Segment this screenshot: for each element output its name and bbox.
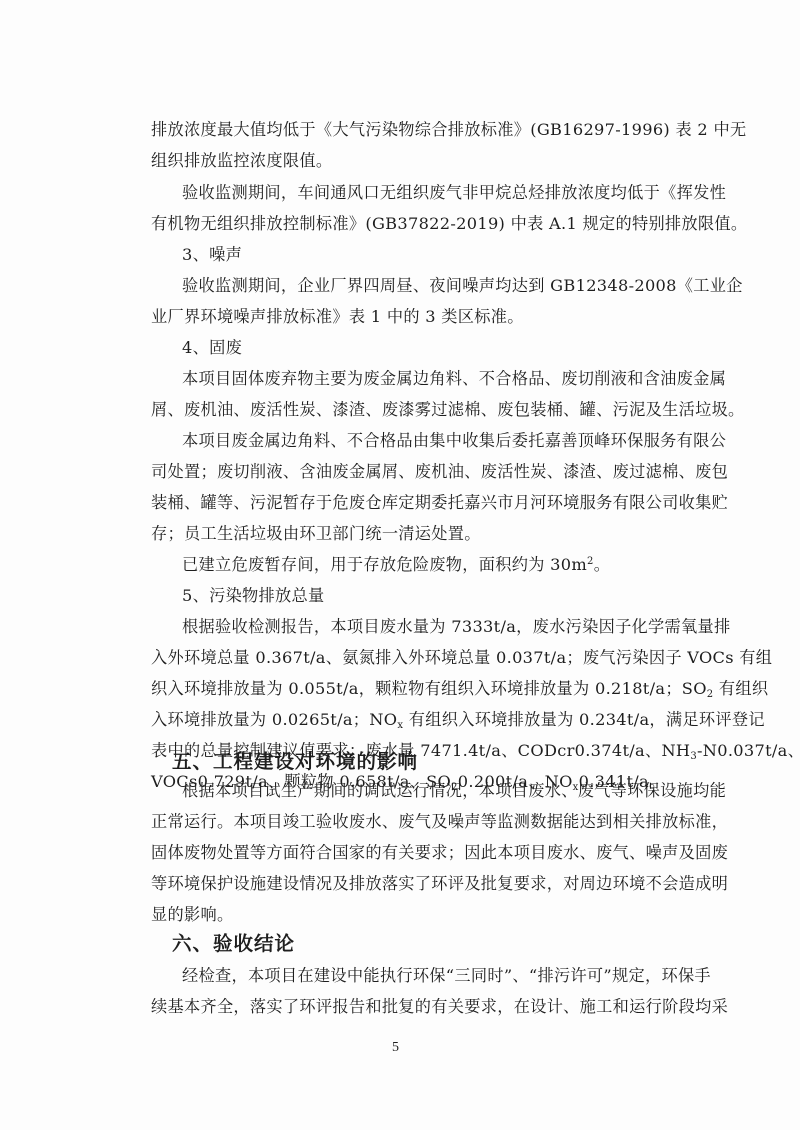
text-line: 本项目废金属边角料、不合格品由集中收集后委托嘉善顶峰环保服务有限公 [182,431,687,451]
text-line: VOCs0.729t/a、颗粒物 0.658t/a、SO20.200t/a、NO… [151,772,687,792]
document-page: 排放浓度最大值均低于《大气污染物综合排放标准》(GB16297-1996) 表 … [0,0,800,1130]
section-heading-environmental-impact: 五、工程建设对环境的影响 [172,750,418,774]
text-line: 织入环境排放量为 0.055t/a，颗粒物有组织入环境排放量为 0.218t/a… [151,679,687,699]
text-line: 验收监测期间，车间通风口无组织废气非甲烷总烃排放浓度均低于《挥发性 [182,183,687,203]
subheading-solid-waste: 4、固废 [182,338,687,358]
text-line: 业厂界环境噪声排放标准》表 1 中的 3 类区标准。 [151,307,687,327]
subheading-noise: 3、噪声 [182,245,687,265]
text-line: 组织排放监控浓度限值。 [151,151,687,171]
subheading-total-emissions: 5、污染物排放总量 [182,586,687,606]
text-line: 本项目固体废弃物主要为废金属边角料、不合格品、废切削液和含油废金属 [182,369,687,389]
text-line: 根据验收检测报告，本项目废水量为 7333t/a，废水污染因子化学需氧量排 [182,617,687,637]
text-line: 装桶、罐等、污泥暂存于危废仓库定期委托嘉兴市月河环境服务有限公司收集贮 [151,493,687,513]
text-line: 存；员工生活垃圾由环卫部门统一清运处置。 [151,524,687,544]
text-line: 验收监测期间，企业厂界四周昼、夜间噪声均达到 GB12348-2008《工业企 [182,276,687,296]
text-line: 入环境排放量为 0.0265t/a；NOx 有组织入环境排放量为 0.234t/… [151,710,687,730]
text-line: 已建立危废暂存间，用于存放危险废物，面积约为 30m2。 [182,555,687,575]
text-line: 入外环境总量 0.367t/a、氨氮排入外环境总量 0.037t/a；废气污染因… [151,648,687,668]
text-line: 有机物无组织排放控制标准》(GB37822-2019) 中表 A.1 规定的特别… [151,214,687,234]
text-line: 司处置；废切削液、含油废金属屑、废机油、废活性炭、漆渣、废过滤棉、废包 [151,462,687,482]
text-line: 排放浓度最大值均低于《大气污染物综合排放标准》(GB16297-1996) 表 … [151,120,687,140]
text-line: 屑、废机油、废活性炭、漆渣、废漆雾过滤棉、废包装桶、罐、污泥及生活垃圾。 [151,400,687,420]
